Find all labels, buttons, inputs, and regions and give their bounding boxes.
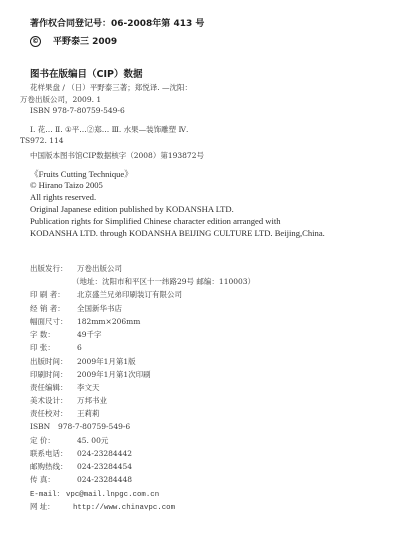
fax-value: 024-23284448 [77, 475, 132, 484]
email-label: E-mail： [30, 488, 66, 499]
copyright-holder-line: ©平野泰三 2009 [30, 34, 117, 47]
colophon-proofreader: 责任校对：王莉莉 [30, 408, 100, 419]
cip-entry-line1: 花样果盘 / （日）平野泰三著；郑悦译. —沈阳： [30, 82, 192, 93]
phone-label: 联系电话： [30, 448, 77, 459]
mail-order-value: 024-23284454 [77, 462, 132, 471]
colophon-printer: 印 刷 者：北京盛兰兄弟印刷装订有限公司 [30, 289, 182, 300]
colophon-distributor: 经 销 者：全国新华书店 [30, 303, 122, 314]
mail-order-label: 邮购热线： [30, 461, 77, 472]
publisher-label: 出版发行： [30, 263, 77, 274]
isbn-label: ISBN [30, 422, 58, 431]
rights-reserved: All rights reserved. [30, 192, 96, 202]
email-value[interactable]: vpc@mail.lnpgc.com.cn [66, 491, 159, 499]
colophon-publish-date: 出版时间：2009年1月第1版 [30, 356, 136, 367]
copyright-icon: © [30, 36, 41, 47]
colophon-design: 美术设计：万邦书业 [30, 395, 107, 406]
cip-entry-line2: 万卷出版公司，2009. 1 [20, 94, 101, 105]
rights-title: 《Fruits Cutting Technique》 [30, 168, 133, 180]
print-date-value: 2009年1月第1次印刷 [77, 370, 151, 379]
distributor-value: 全国新华书店 [77, 304, 122, 313]
price-label: 定 价： [30, 435, 77, 446]
cip-classification: TS972. 114 [20, 136, 64, 145]
colophon-mail-order: 邮购热线：024-23284454 [30, 461, 132, 472]
printer-label: 印 刷 者： [30, 289, 77, 300]
colophon-format: 幅面尺寸：182mm×206mm [30, 316, 140, 327]
copyright-registration-number: 著作权合同登记号：06-2008年第 413 号 [30, 16, 204, 29]
design-value: 万邦书业 [77, 396, 107, 405]
sheets-label: 印 张： [30, 342, 77, 353]
format-label: 幅面尺寸： [30, 316, 77, 327]
printer-value: 北京盛兰兄弟印刷装订有限公司 [77, 290, 182, 299]
colophon-print-date: 印刷时间：2009年1月第1次印刷 [30, 369, 151, 380]
colophon-word-count: 字 数：49千字 [30, 329, 102, 340]
editor-label: 责任编辑： [30, 382, 77, 393]
print-date-label: 印刷时间： [30, 369, 77, 380]
proofreader-label: 责任校对： [30, 408, 77, 419]
colophon-isbn: ISBN978-7-80759-549-6 [30, 422, 130, 431]
cip-verification: 中国版本图书馆CIP数据核字（2008）第193872号 [30, 150, 204, 161]
website-label: 网 址： [30, 501, 73, 512]
cip-isbn: ISBN 978-7-80759-549-6 [30, 106, 125, 115]
colophon-publisher: 出版发行：万卷出版公司 [30, 263, 122, 274]
word-count-value: 49千字 [77, 330, 102, 339]
publish-date-value: 2009年1月第1版 [77, 357, 136, 366]
rights-arrangement: KODANSHA LTD. through KODANSHA BEIJING C… [30, 228, 325, 238]
colophon-fax: 传 真：024-23284448 [30, 474, 132, 485]
colophon-editor: 责任编辑：李文天 [30, 382, 100, 393]
editor-value: 李文天 [77, 383, 100, 392]
colophon-price: 定 价：45. 00元 [30, 435, 108, 446]
cip-subjects: Ⅰ. 花… Ⅱ. ①平…②郑… Ⅲ. 水果—装饰雕塑 Ⅳ. [30, 124, 188, 135]
publisher-value: 万卷出版公司 [77, 264, 122, 273]
website-value[interactable]: http://www.chinavpc.com [73, 504, 175, 512]
price-value: 45. 00元 [77, 436, 108, 445]
phone-value: 024-23284442 [77, 449, 132, 458]
rights-original-edition: Original Japanese edition published by K… [30, 204, 234, 214]
sheets-value: 6 [77, 343, 82, 352]
copyright-holder-year: 平野泰三 2009 [53, 37, 117, 47]
isbn-value: 978-7-80759-549-6 [58, 422, 130, 431]
colophon-phone: 联系电话：024-23284442 [30, 448, 132, 459]
proofreader-value: 王莉莉 [77, 409, 100, 418]
format-value: 182mm×206mm [77, 317, 140, 326]
rights-publication: Publication rights for Simplified Chines… [30, 216, 281, 226]
fax-label: 传 真： [30, 474, 77, 485]
publish-date-label: 出版时间： [30, 356, 77, 367]
colophon-website: 网 址：http://www.chinavpc.com [30, 501, 175, 512]
word-count-label: 字 数： [30, 329, 77, 340]
colophon-email: E-mail：vpc@mail.lnpgc.com.cn [30, 488, 159, 499]
design-label: 美术设计： [30, 395, 77, 406]
colophon-sheets: 印 张：6 [30, 342, 82, 353]
cip-heading: 图书在版编目（CIP）数据 [30, 66, 142, 80]
rights-copyright: © Hirano Taizo 2005 [30, 180, 103, 190]
distributor-label: 经 销 者： [30, 303, 77, 314]
colophon-address: （地址：沈阳市和平区十一纬路29号 邮编：110003） [72, 276, 255, 287]
